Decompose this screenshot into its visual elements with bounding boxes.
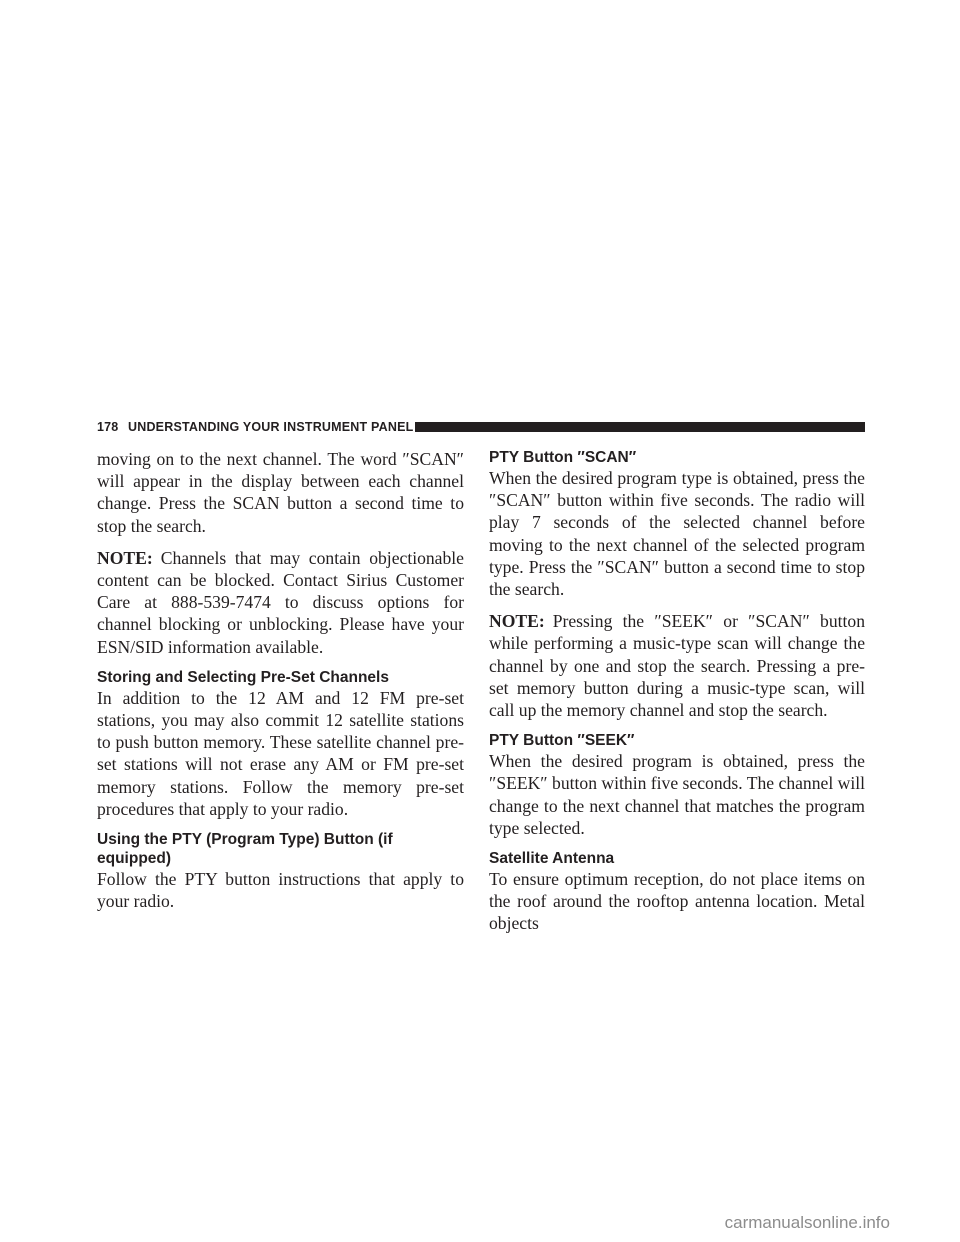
watermark: carmanualsonline.info bbox=[725, 1213, 890, 1233]
right-column: PTY Button ″SCAN″ When the desired progr… bbox=[489, 448, 865, 945]
note-label: NOTE: bbox=[97, 548, 153, 568]
body-satellite-antenna: To ensure optimum reception, do not plac… bbox=[489, 868, 865, 935]
heading-pty-seek: PTY Button ″SEEK″ bbox=[489, 731, 865, 750]
note-label: NOTE: bbox=[489, 611, 545, 631]
body-pty-scan: When the desired program type is obtaine… bbox=[489, 467, 865, 600]
heading-using-pty-button: Using the PTY (Program Type) Button (if … bbox=[97, 830, 464, 868]
section-title: UNDERSTANDING YOUR INSTRUMENT PANEL bbox=[128, 420, 413, 434]
note-channel-blocking: NOTE:Channels that may contain objection… bbox=[97, 547, 464, 658]
heading-storing-preset-channels: Storing and Selecting Pre-Set Channels bbox=[97, 668, 464, 687]
header-rule bbox=[415, 422, 865, 432]
left-column: moving on to the next channel. The word … bbox=[97, 448, 464, 922]
body-storing-preset-channels: In addition to the 12 AM and 12 FM pre-s… bbox=[97, 687, 464, 820]
note-text: Pressing the ″SEEK″ or ″SCAN″ button whi… bbox=[489, 611, 865, 720]
body-using-pty-button: Follow the PTY button instructions that … bbox=[97, 868, 464, 912]
page-header: 178 UNDERSTANDING YOUR INSTRUMENT PANEL bbox=[97, 419, 865, 437]
heading-pty-scan: PTY Button ″SCAN″ bbox=[489, 448, 865, 467]
note-seek-scan: NOTE:Pressing the ″SEEK″ or ″SCAN″ butto… bbox=[489, 610, 865, 721]
heading-satellite-antenna: Satellite Antenna bbox=[489, 849, 865, 868]
intro-paragraph: moving on to the next channel. The word … bbox=[97, 448, 464, 537]
page-number: 178 bbox=[97, 420, 118, 434]
body-pty-seek: When the desired program is obtained, pr… bbox=[489, 750, 865, 839]
